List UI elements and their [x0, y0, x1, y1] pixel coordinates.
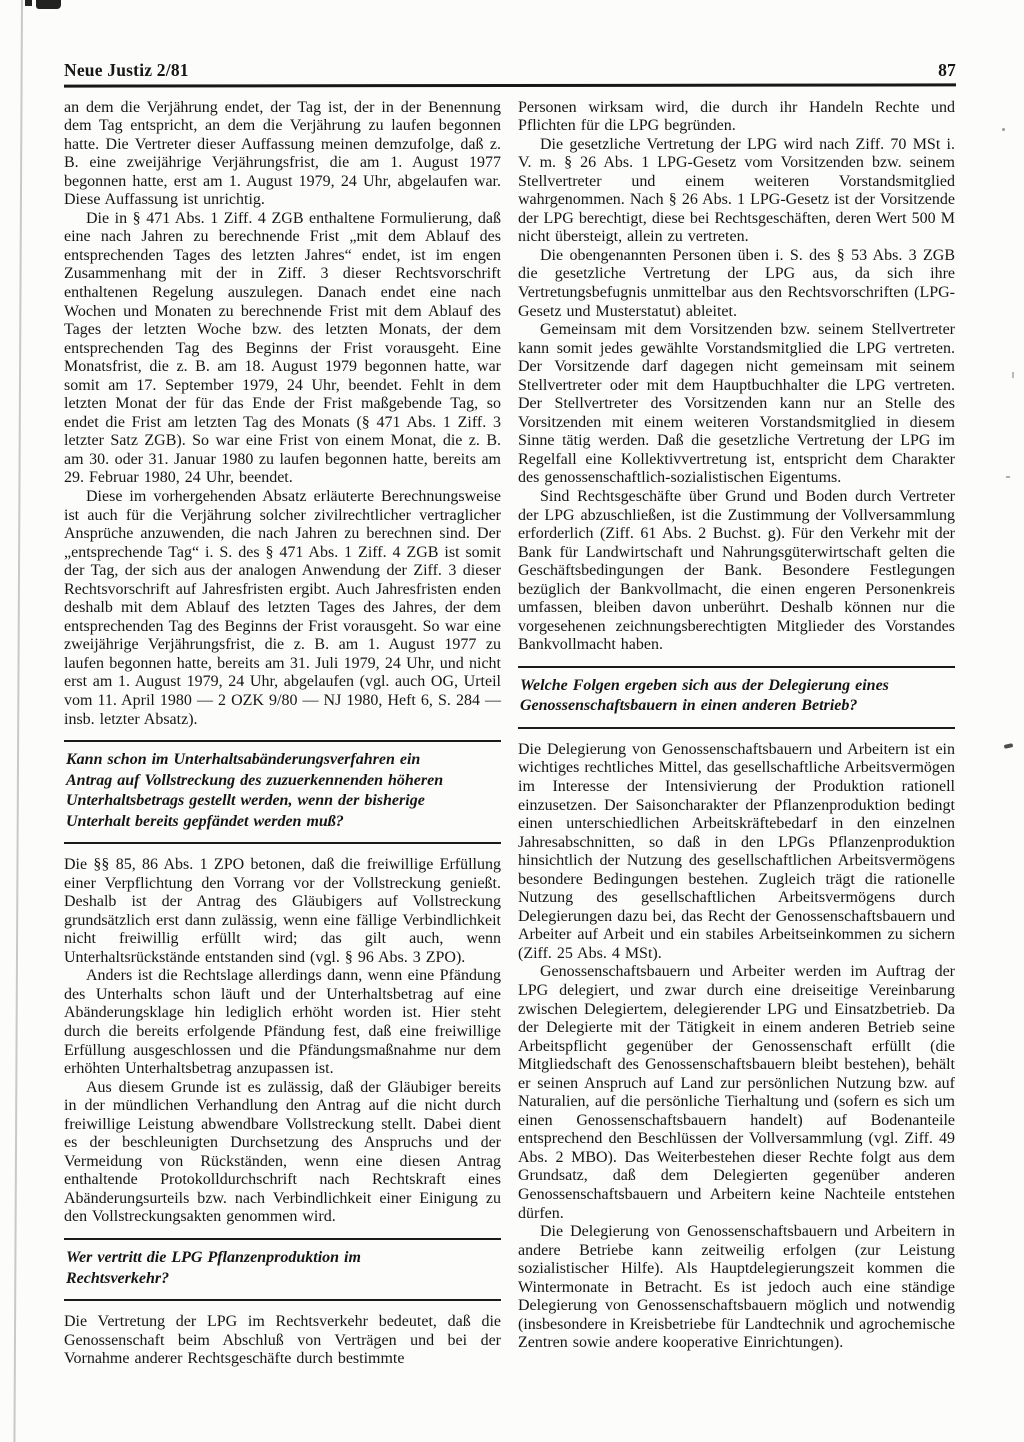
- paragraph: Aus diesem Grunde ist es zulässig, daß d…: [64, 1079, 501, 1227]
- paragraph: Die §§ 85, 86 Abs. 1 ZPO betonen, daß di…: [64, 856, 501, 967]
- paragraph: Die obengenannten Personen üben i. S. de…: [518, 247, 955, 321]
- paragraph: Personen wirksam wird, die durch ihr Han…: [518, 99, 955, 136]
- page-number: 87: [938, 60, 956, 81]
- paragraph: an dem die Verjährung endet, der Tag ist…: [64, 99, 501, 210]
- paragraph: Die Vertretung der LPG im Rechtsverkehr …: [64, 1313, 501, 1369]
- right-column: Personen wirksam wird, die durch ihr Han…: [518, 99, 955, 1369]
- scan-edge-line: [13, 0, 22, 1442]
- paragraph: Sind Rechtsgeschäfte über Grund und Bode…: [518, 488, 955, 655]
- question-heading: Wer vertritt die LPG Pflanzenproduktion …: [64, 1238, 501, 1301]
- paragraph: Die gesetzliche Vertretung der LPG wird …: [518, 136, 955, 247]
- page-header: Neue Justiz 2/81 87: [64, 60, 956, 81]
- page-content: Neue Justiz 2/81 87 an dem die Verjährun…: [64, 60, 956, 1369]
- left-column: an dem die Verjährung endet, der Tag ist…: [64, 99, 501, 1369]
- scan-artifact: [1012, 372, 1014, 378]
- scan-artifact: [25, 0, 32, 6]
- paragraph: Gemeinsam mit dem Vorsitzenden bzw. sein…: [518, 321, 955, 488]
- paragraph: Genossenschaftsbauern und Arbeiter werde…: [518, 963, 955, 1223]
- scan-artifact: [1002, 128, 1005, 131]
- question-heading: Welche Folgen ergeben sich aus der Deleg…: [518, 666, 955, 729]
- paragraph: Die Delegierung von Genossenschaftsbauer…: [518, 1223, 955, 1353]
- scan-artifact: [36, 0, 61, 9]
- paragraph: Die Delegierung von Genossenschaftsbauer…: [518, 741, 955, 964]
- paragraph: Diese im vorhergehenden Absatz erläutert…: [64, 488, 501, 729]
- header-rule: [64, 83, 956, 87]
- scan-artifact: [1004, 743, 1014, 749]
- scan-artifact: [1006, 476, 1010, 478]
- two-column-text: an dem die Verjährung endet, der Tag ist…: [64, 99, 956, 1369]
- paragraph: Anders ist die Rechtslage allerdings dan…: [64, 967, 501, 1078]
- paragraph: Die in § 471 Abs. 1 Ziff. 4 ZGB enthalte…: [64, 210, 501, 488]
- journal-title: Neue Justiz 2/81: [64, 60, 189, 81]
- journal-page: Neue Justiz 2/81 87 an dem die Verjährun…: [0, 0, 1024, 1442]
- question-heading: Kann schon im Unterhaltsabänderungsverfa…: [64, 740, 501, 844]
